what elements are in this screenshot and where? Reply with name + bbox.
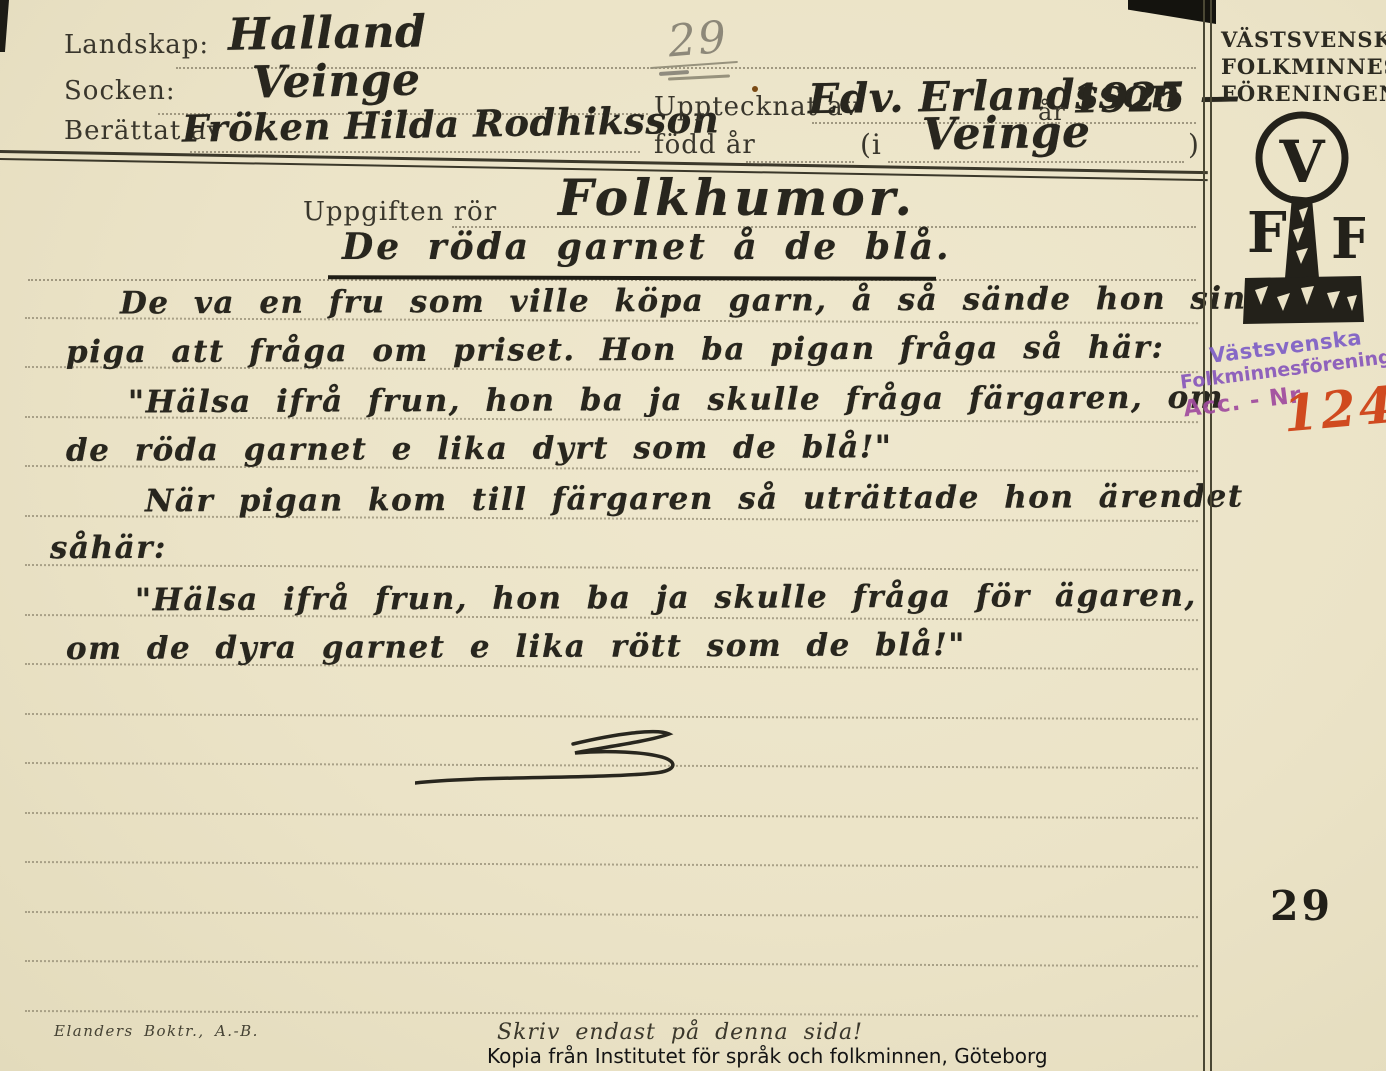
ruled-line <box>25 911 1198 918</box>
organization-name: VÄSTSVENSKA FOLKMINNES- FÖRENINGEN <box>1221 26 1381 107</box>
fodd-paren-open: (i <box>860 128 882 161</box>
ar-value: 1925 — <box>1072 73 1241 123</box>
logo-letter-v: V <box>1278 128 1325 196</box>
story-line: de röda garnet e lika dyrt som de blå!" <box>66 429 893 469</box>
landskap-value: Halland <box>228 6 427 60</box>
ruled-line <box>25 960 1198 967</box>
story-line: "Hälsa ifrå frun, hon ba ja skulle fråga… <box>128 380 1224 421</box>
socken-label: Socken: <box>64 76 176 106</box>
berattat-value: Fröken Hilda Rodhiksson <box>182 97 720 150</box>
scan-edge-left <box>0 0 9 52</box>
pencil-smudge <box>659 70 689 76</box>
pencil-page-number: 29 <box>666 11 730 67</box>
uppgiften-label: Uppgiften rör <box>303 197 497 227</box>
landskap-label: Landskap: <box>64 30 209 60</box>
hammer-handle <box>1285 196 1319 278</box>
story-line: "Hälsa ifrå frun, hon ba ja skulle fråga… <box>135 578 1197 619</box>
vff-thors-hammer-logo: V F F <box>1243 110 1365 340</box>
archive-copy-note: Kopia från Institutet för språk och folk… <box>487 1044 1048 1068</box>
story-line: såhär: <box>50 530 167 567</box>
ruled-line <box>25 564 1198 571</box>
write-instruction: Skriv endast på denna sida! <box>497 1020 863 1045</box>
socken-value: Veinge <box>252 55 421 109</box>
org-name-line: FÖRENINGEN <box>1221 80 1381 107</box>
dotted-leader <box>888 161 1184 163</box>
org-name-line: VÄSTSVENSKA <box>1221 26 1381 53</box>
ruled-line <box>25 713 1198 720</box>
fodd-label: född år <box>654 130 756 160</box>
uppgiften-value: Folkhumor. <box>558 168 916 227</box>
ruled-line <box>25 861 1198 868</box>
accession-number: 1244 <box>1281 372 1386 444</box>
page-number: 29 <box>1270 882 1333 930</box>
dotted-leader <box>190 151 640 153</box>
printer-credit: Elanders Boktr., A.-B. <box>54 1022 259 1040</box>
fodd-paren-close: ) <box>1188 128 1200 161</box>
pencil-underline <box>668 74 730 80</box>
logo-letter-f-left: F <box>1247 200 1287 266</box>
signature-flourish <box>415 726 695 786</box>
ruled-line <box>25 812 1198 819</box>
story-line: piga att fråga om priset. Hon ba pigan f… <box>66 330 1165 371</box>
folklore-record-card: Landskap: Halland Socken: Veinge Berätta… <box>0 0 1386 1071</box>
logo-letter-f-right: F <box>1331 206 1365 272</box>
story-line: När pigan kom till färgaren så uträttade… <box>145 479 1244 520</box>
story-title: De röda garnet å de blå. <box>342 226 952 268</box>
story-line: om de dyra garnet e lika rött som de blå… <box>66 627 966 667</box>
story-line: De va en fru som ville köpa garn, å så s… <box>120 281 1247 322</box>
fodd-place-value: Veinge <box>922 107 1091 161</box>
org-name-line: FOLKMINNES- <box>1221 53 1381 80</box>
sidebar-divider-rule <box>1203 0 1212 1071</box>
ruled-line <box>25 1010 1198 1017</box>
